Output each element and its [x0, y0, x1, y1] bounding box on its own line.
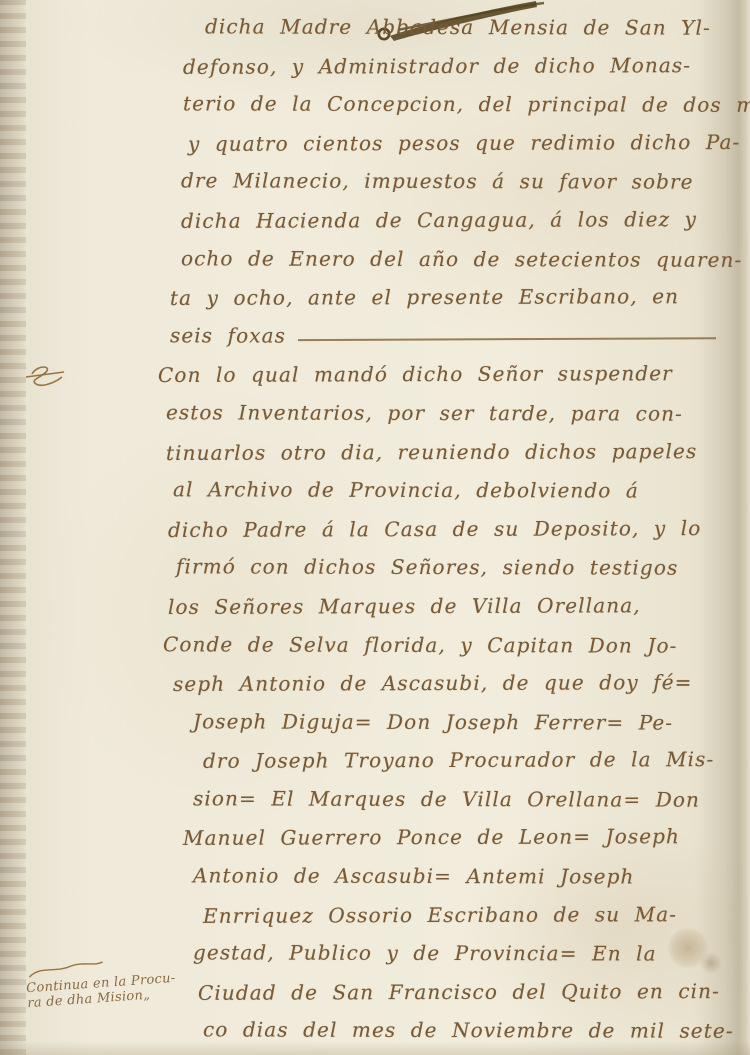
text-line-content: tinuarlos otro dia, reuniendo dichos pap… — [166, 439, 697, 465]
text-line-2: defonso, y Administrador de dicho Monas- — [158, 46, 726, 87]
text-line-23: Antonio de Ascasubi= Antemi Joseph — [158, 856, 726, 896]
text-line-20: dro Joseph Troyano Procurador de la Mis- — [158, 740, 726, 781]
text-line-12: tinuarlos otro dia, reuniendo dichos pap… — [158, 432, 726, 473]
manuscript-page: dicha Madre Abbadesa Mensia de San Yl-de… — [0, 0, 750, 1055]
text-line-22: Manuel Guerrero Ponce de Leon= Joseph — [158, 817, 726, 858]
text-line-content: ta y ocho, ante el presente Escribano, e… — [170, 285, 679, 311]
text-line-4: y quatro cientos pesos que redimio dicho… — [158, 123, 726, 164]
text-line-7: ocho de Enero del año de setecientos qua… — [158, 239, 726, 279]
text-line-27: co dias del mes de Noviembre de mil sete… — [158, 1011, 726, 1051]
text-line-19: Joseph Diguja= Don Joseph Ferrer= Pe- — [158, 702, 726, 742]
text-line-content: y quatro cientos pesos que redimio dicho… — [188, 130, 740, 156]
text-line-9: seis foxas — [158, 316, 726, 356]
text-line-14: dicho Padre á la Casa de su Deposito, y … — [158, 509, 726, 550]
text-line-content: seph Antonio de Ascasubi, de que doy fé= — [173, 671, 693, 697]
text-line-content: ocho de Enero del año de setecientos qua… — [181, 246, 742, 271]
text-line-content: los Señores Marques de Villa Orellana, — [168, 594, 641, 620]
text-line-content: co dias del mes de Noviembre de mil sete… — [203, 1018, 734, 1043]
text-line-24: Enrriquez Ossorio Escribano de su Ma- — [158, 895, 726, 936]
text-line-11: estos Inventarios, por ser tarde, para c… — [158, 393, 726, 433]
text-line-content: al Archivo de Provincia, debolviendo á — [173, 478, 639, 503]
text-line-content: dre Milanecio, impuestos á su favor sobr… — [181, 169, 694, 194]
text-line-10: Con lo qual mandó dicho Señor suspender — [158, 354, 726, 395]
text-line-3: terio de la Concepcion, del principal de… — [158, 84, 726, 124]
binding-torn-edge — [0, 0, 26, 1055]
text-line-content: sion= El Marques de Villa Orellana= Don — [193, 787, 700, 812]
text-line-content: Ciudad de San Francisco del Quito en cin… — [198, 979, 720, 1005]
text-line-8: ta y ocho, ante el presente Escribano, e… — [158, 277, 726, 318]
text-line-content: Joseph Diguja= Don Joseph Ferrer= Pe- — [193, 709, 673, 734]
text-line-content: dicho Padre á la Casa de su Deposito, y … — [168, 516, 702, 542]
text-line-13: al Archivo de Provincia, debolviendo á — [158, 470, 726, 510]
text-line-21: sion= El Marques de Villa Orellana= Don — [158, 779, 726, 819]
text-line-5: dre Milanecio, impuestos á su favor sobr… — [158, 162, 726, 202]
text-line-16: los Señores Marques de Villa Orellana, — [158, 586, 726, 627]
text-line-content: terio de la Concepcion, del principal de… — [183, 92, 750, 118]
text-line-content: defonso, y Administrador de dicho Monas- — [183, 53, 691, 79]
text-line-content: Manuel Guerrero Ponce de Leon= Joseph — [183, 825, 680, 851]
text-line-content: Con lo qual mandó dicho Señor suspender — [158, 362, 673, 388]
text-line-content: Conde de Selva florida, y Capitan Don Jo… — [163, 632, 678, 657]
text-line-content: gestad, Publico y de Provincia= En la — [193, 941, 657, 966]
text-line-content: seis foxas — [170, 323, 286, 347]
ink-stain-small — [700, 952, 722, 974]
text-line-content: firmó con dichos Señores, siendo testigo… — [176, 555, 678, 580]
text-line-15: firmó con dichos Señores, siendo testigo… — [158, 548, 726, 588]
margin-paraph-icon — [24, 360, 68, 390]
text-line-content: Enrriquez Ossorio Escribano de su Ma- — [203, 902, 677, 928]
text-line-content: estos Inventarios, por ser tarde, para c… — [166, 401, 683, 426]
ink-rule — [298, 337, 716, 341]
manuscript-text: dicha Madre Abbadesa Mensia de San Yl-de… — [158, 8, 726, 1050]
text-line-content: Antonio de Ascasubi= Antemi Joseph — [193, 864, 635, 889]
text-line-content: dicha Hacienda de Cangagua, á los diez y — [181, 207, 697, 233]
text-line-6: dicha Hacienda de Cangagua, á los diez y — [158, 200, 726, 241]
text-line-26: Ciudad de San Francisco del Quito en cin… — [158, 972, 726, 1013]
text-line-content: dicha Madre Abbadesa Mensia de San Yl- — [205, 15, 711, 40]
text-line-25: gestad, Publico y de Provincia= En la — [158, 934, 726, 974]
text-line-18: seph Antonio de Ascasubi, de que doy fé= — [158, 663, 726, 704]
text-line-17: Conde de Selva florida, y Capitan Don Jo… — [158, 625, 726, 665]
text-line-content: dro Joseph Troyano Procurador de la Mis- — [203, 748, 714, 774]
text-line-1: dicha Madre Abbadesa Mensia de San Yl- — [158, 7, 726, 47]
